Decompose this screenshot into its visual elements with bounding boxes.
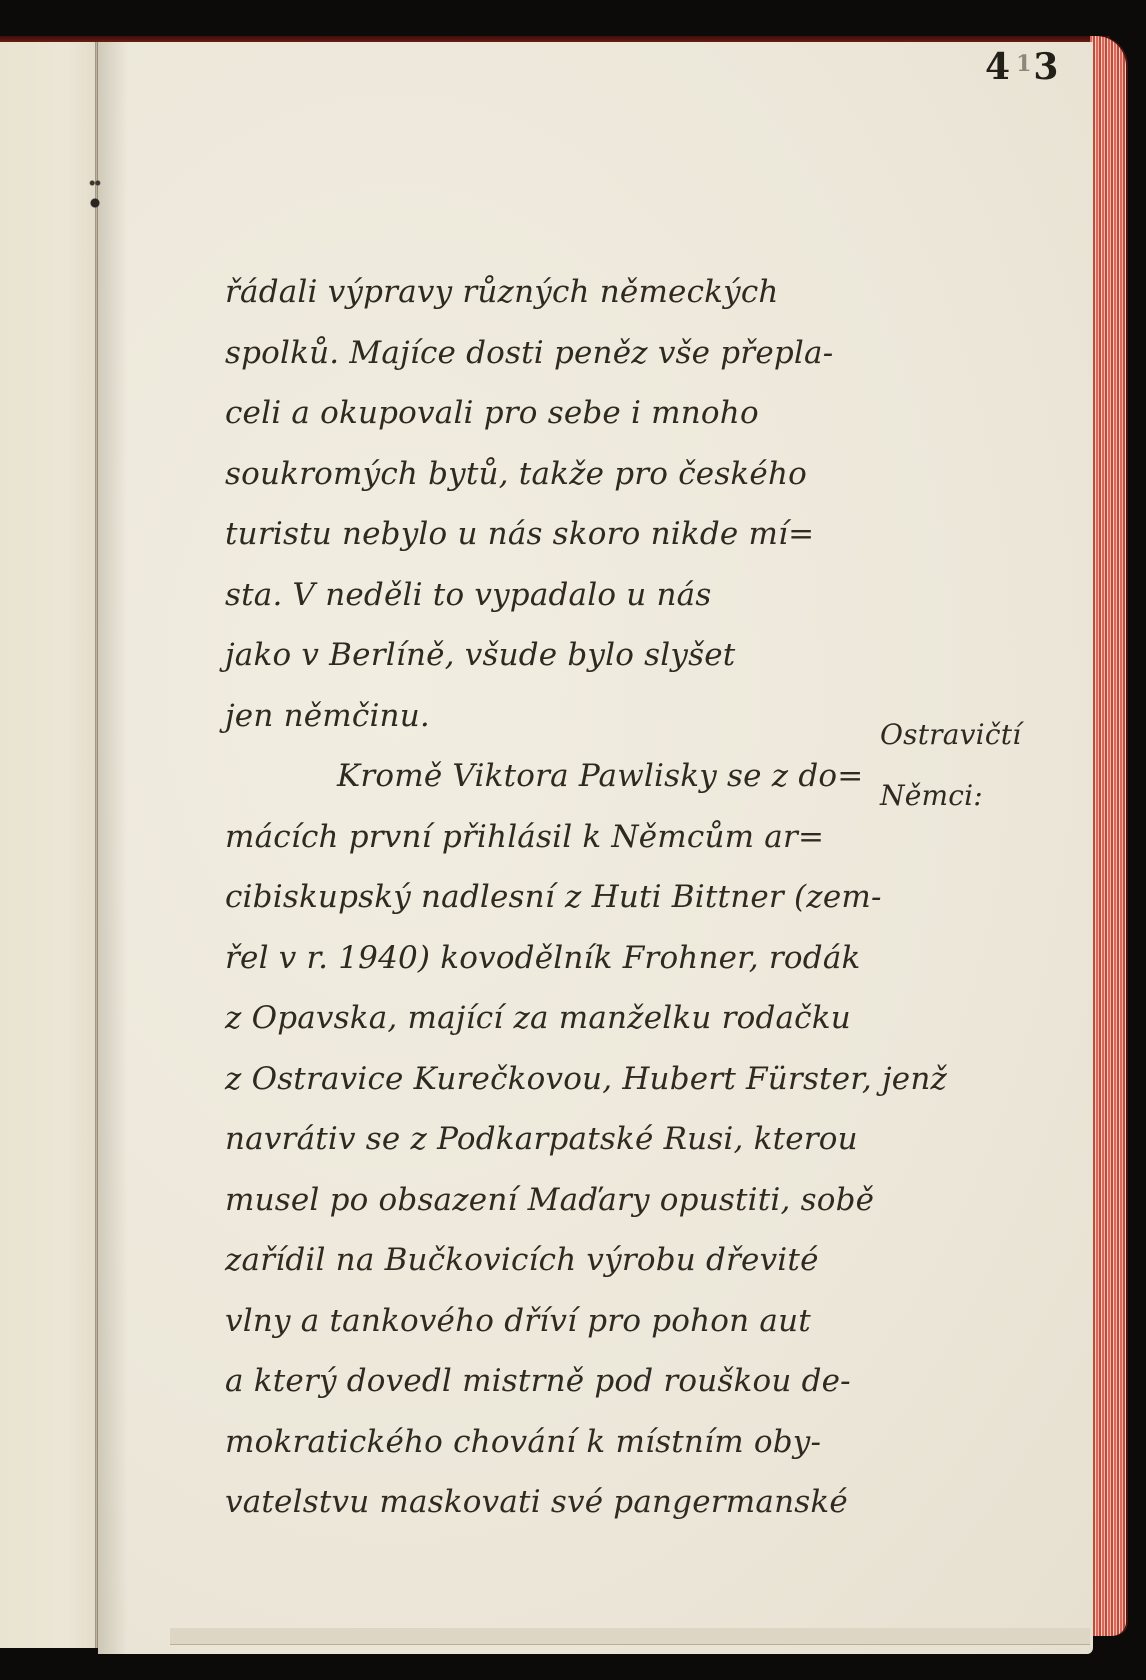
text-line: řádali výpravy různých německých [225,262,845,323]
text-line: jako v Berlíně, všude bylo slyšet [225,625,845,686]
text-line: a který dovedl mistrně pod rouškou de- [225,1351,845,1412]
text-line: musel po obsazení Maďary opustiti, sobě [225,1170,845,1231]
text-line: celi a okupovali pro sebe i mnoho [225,383,845,444]
page-number: 413 [985,46,1064,88]
text-line: mácích první přihlásil k Němcům ar= [225,807,845,868]
gutter-shadow [98,42,128,1654]
text-line: jen němčinu. [225,686,845,747]
text-line: řel v r. 1940) kovodělník Frohner, rodák [225,928,845,989]
red-page-edges [1090,36,1126,1636]
binding-stitch-icon [88,135,102,215]
page-number-digit: 3 [1033,46,1064,88]
page-number-faint-digit: 1 [1016,51,1033,77]
text-line: vatelstvu maskovati své pangermanské [225,1472,845,1533]
text-line: cibiskupský nadlesní z Huti Bittner (zem… [225,867,845,928]
margin-heading: Ostravičtí Němci: [880,705,1030,826]
book-scan: 413 řádali výpravy různých německých spo… [0,0,1146,1680]
text-line: z Ostravice Kurečkovou, Hubert Fürster, … [225,1049,845,1110]
margin-note-line: Ostravičtí [880,705,1030,766]
margin-note-line: Němci: [880,766,1030,827]
text-line: spolků. Majíce dosti peněz vše přepla- [225,323,845,384]
left-page-strip [0,42,96,1648]
text-line: turistu nebylo u nás skoro nikde mí= [225,504,845,565]
text-line: z Opavska, mající za manželku rodačku [225,988,845,1049]
page-bottom-edge [170,1628,1090,1645]
text-line: navrátiv se z Podkarpatské Rusi, kterou [225,1109,845,1170]
paragraph-start-line: Kromě Viktora Pawlisky se z do= [225,746,845,807]
text-line: mokratického chování k místním oby- [225,1412,845,1473]
text-line: vlny a tankového dříví pro pohon aut [225,1291,845,1352]
text-line: zařídil na Bučkovicích výrobu dřevité [225,1230,845,1291]
book-gutter [95,42,98,1648]
text-line: soukromých bytů, takže pro českého [225,444,845,505]
text-line: sta. V neděli to vypadalo u nás [225,565,845,626]
page-number-digit: 4 [985,46,1016,88]
handwritten-body-text: řádali výpravy různých německých spolků.… [225,262,845,1533]
